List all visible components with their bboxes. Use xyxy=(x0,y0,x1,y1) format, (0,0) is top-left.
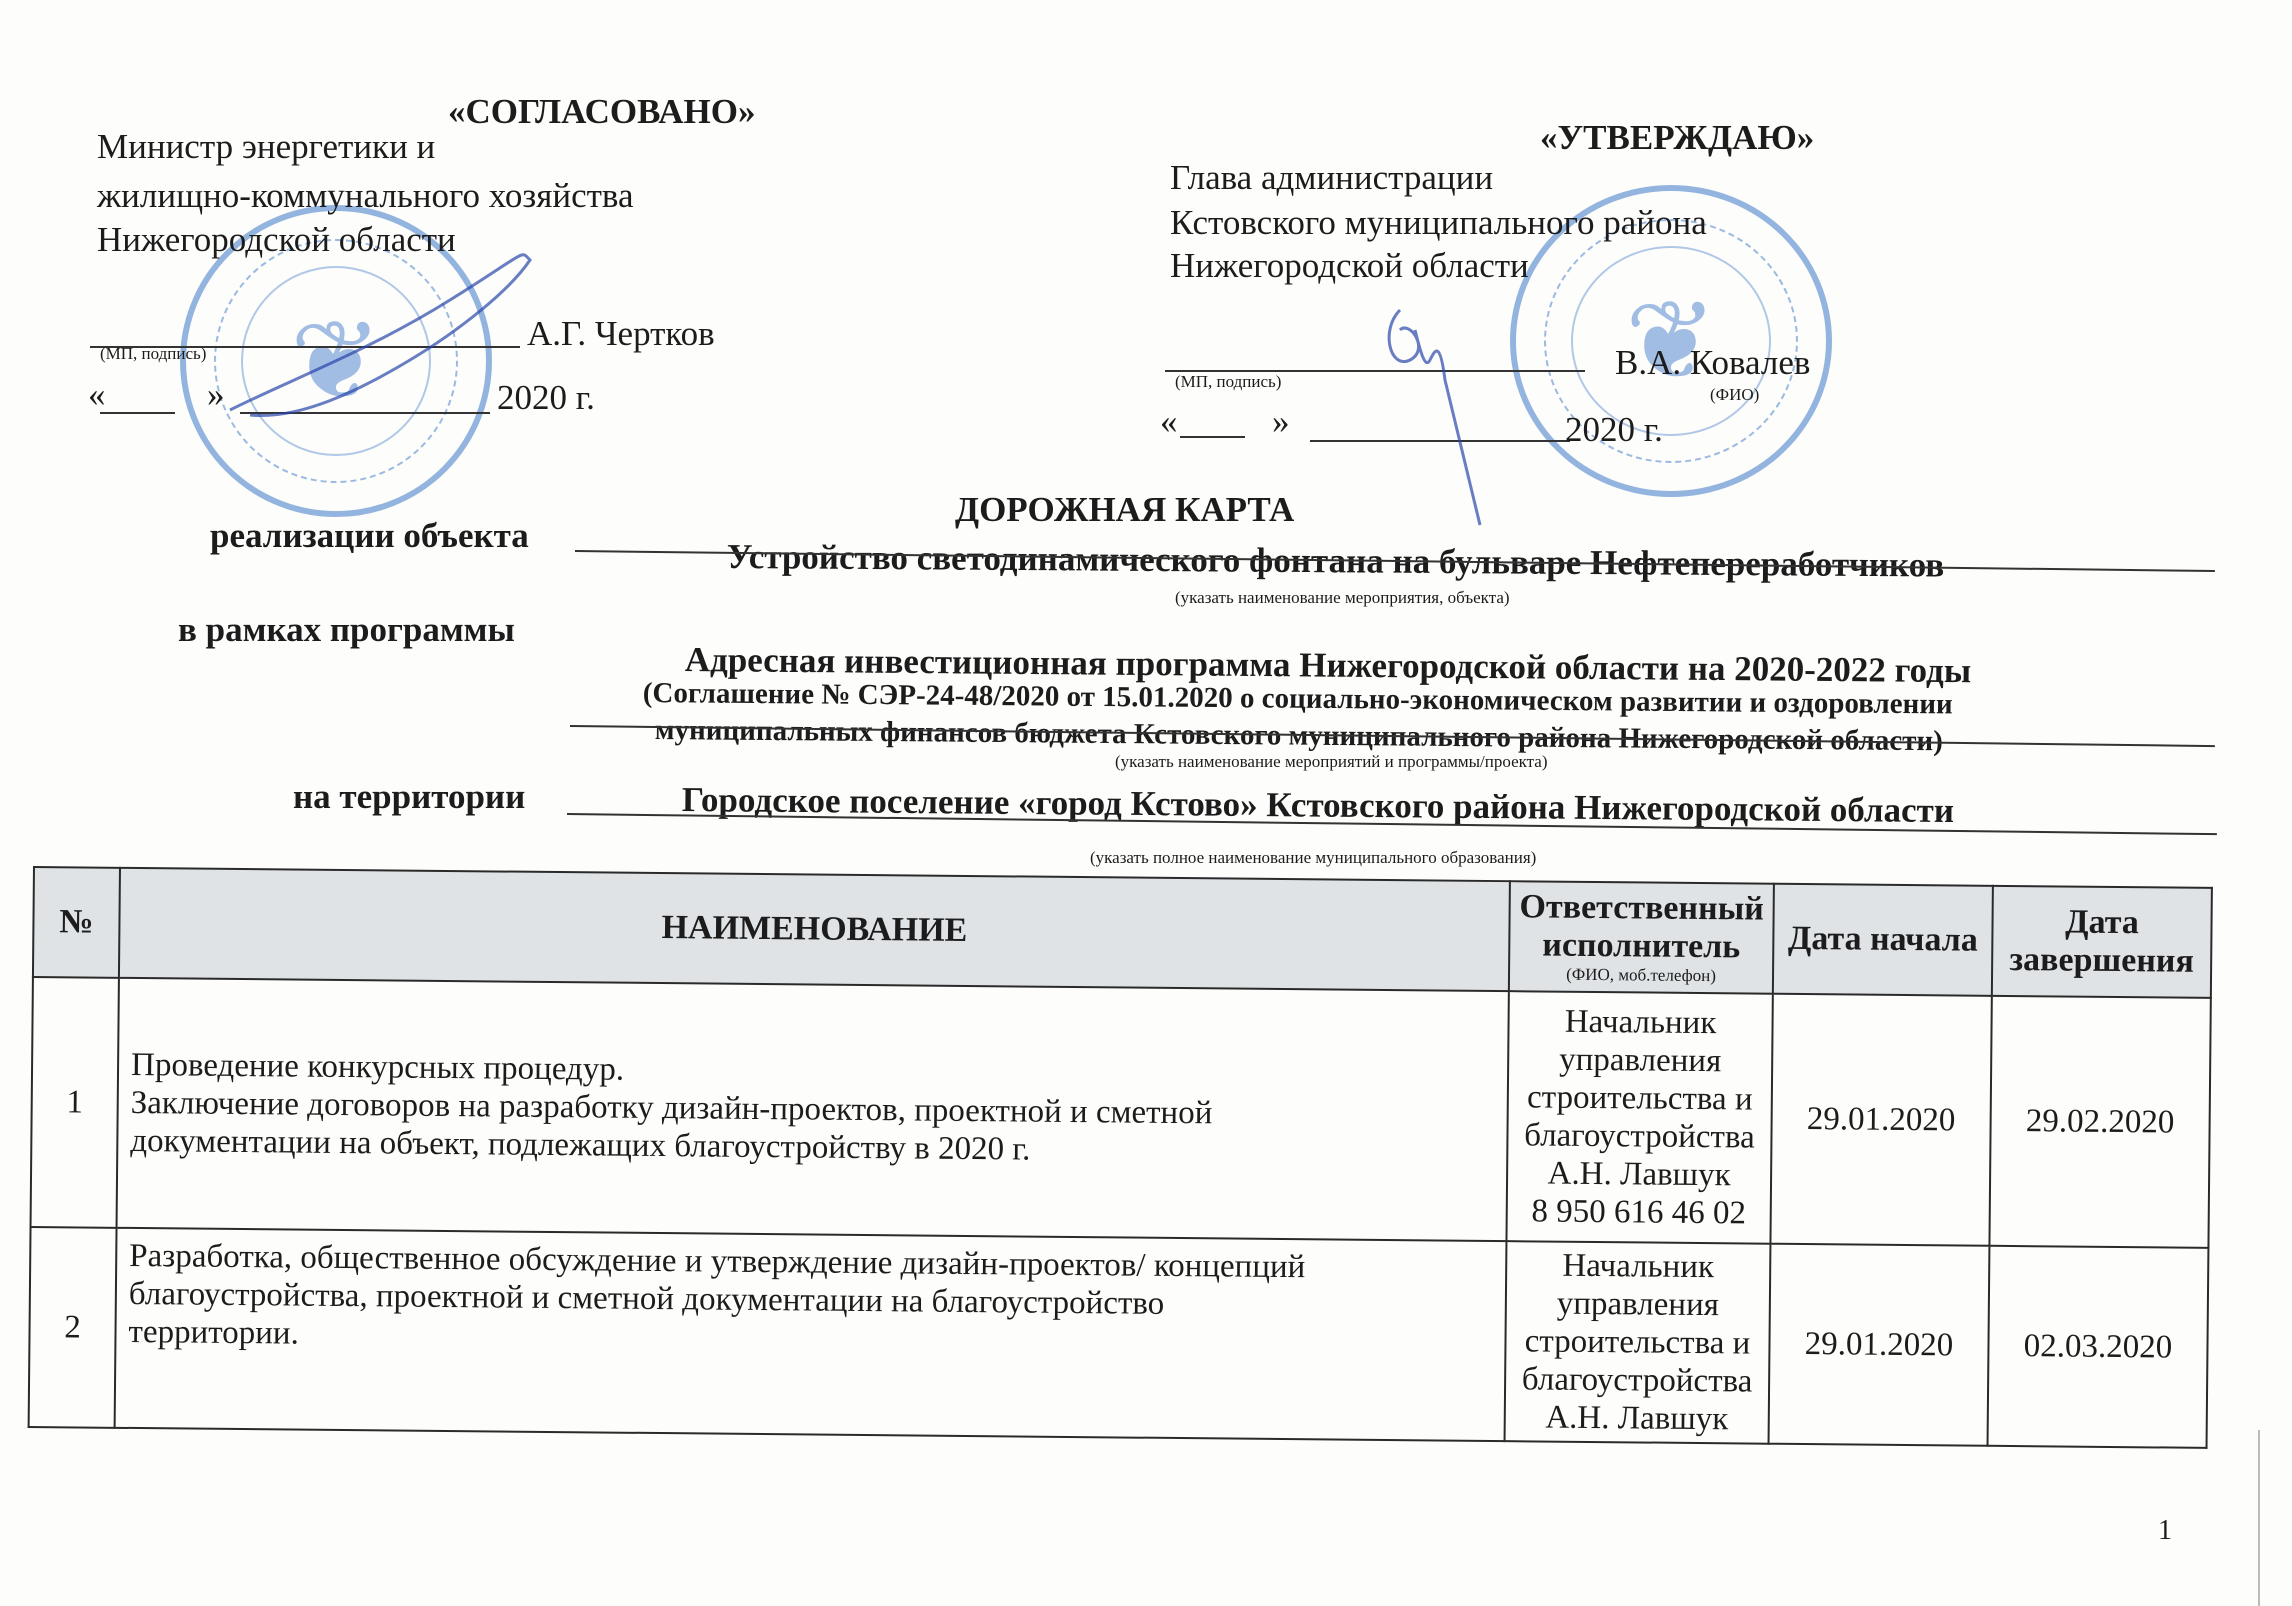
coat-of-arms-icon: ❦ xyxy=(1625,277,1717,406)
header-num: № xyxy=(33,867,120,978)
row-executor-phone: 8 950 616 46 02 xyxy=(1509,1192,1769,1232)
table-row: 1 Проведение конкурсных процедур. Заключ… xyxy=(31,977,2211,1248)
header-name: НАИМЕНОВАНИЕ xyxy=(119,868,1510,991)
row-num: 1 xyxy=(31,977,119,1228)
row-executor-line: благоустройства xyxy=(1509,1116,1769,1156)
row-name: Проведение конкурсных процедур. Заключен… xyxy=(117,978,1509,1241)
roadmap-table-container: № НАИМЕНОВАНИЕ Ответственный исполнитель… xyxy=(28,866,2213,1449)
row-executor-line: строительства и xyxy=(1510,1078,1770,1118)
row-end-date: 02.03.2020 xyxy=(1988,1246,2209,1448)
date-quote-open: « xyxy=(88,375,106,415)
row-executor-line: благоустройства xyxy=(1507,1360,1767,1400)
row-executor-line: Начальник xyxy=(1510,1002,1770,1042)
approval-left-heading: «СОГЛАСОВАНО» xyxy=(448,92,755,132)
fio-caption: (ФИО) xyxy=(1710,385,1759,405)
row-executor-line: управления xyxy=(1510,1040,1770,1080)
date-day-line xyxy=(1180,436,1245,438)
row-executor: Начальник управления строительства и бла… xyxy=(1505,1241,1771,1444)
handwritten-signature-left xyxy=(210,240,550,440)
signature-caption: (МП, подпись) xyxy=(100,344,206,364)
row-end-date: 29.02.2020 xyxy=(1989,996,2210,1248)
row-executor-line: управления xyxy=(1508,1284,1768,1324)
row-executor-line: А.Н. Лавшук xyxy=(1509,1154,1769,1194)
handwritten-signature-right xyxy=(1370,270,1490,530)
header-executor-sub: (ФИО, моб.телефон) xyxy=(1511,964,1771,986)
table-row: 2 Разработка, общественное обсуждение и … xyxy=(29,1227,2209,1448)
header-start: Дата начала xyxy=(1773,884,1993,996)
object-hint: (указать наименование мероприятия, объек… xyxy=(1175,588,1510,608)
table-header-row: № НАИМЕНОВАНИЕ Ответственный исполнитель… xyxy=(33,867,2212,998)
approval-right-year: 2020 г. xyxy=(1565,410,1663,450)
document-title: ДОРОЖНАЯ КАРТА xyxy=(955,490,1294,530)
header-executor-label: Ответственный исполнитель xyxy=(1519,888,1764,965)
approval-right-position-line-2: Кстовского муниципального района xyxy=(1170,203,1707,243)
object-label: реализации объекта xyxy=(210,516,529,556)
row-num: 2 xyxy=(29,1227,117,1428)
row-executor-line: строительства и xyxy=(1507,1322,1767,1362)
approval-left-signer: А.Г. Чертков xyxy=(527,314,715,354)
program-label: в рамках программы xyxy=(178,610,515,650)
date-quote-open: « xyxy=(1160,402,1178,442)
page-edge-line xyxy=(2258,1430,2260,1606)
row-executor-line: Начальник xyxy=(1508,1246,1768,1286)
row-name: Разработка, общественное обсуждение и ут… xyxy=(115,1228,1507,1441)
approval-right-signer: В.А. Ковалев xyxy=(1615,343,1810,383)
header-executor: Ответственный исполнитель (ФИО, моб.теле… xyxy=(1509,881,1774,994)
row-executor: Начальник управления строительства и бла… xyxy=(1506,991,1772,1244)
row-start-date: 29.01.2020 xyxy=(1769,1244,1990,1446)
row-start-date: 29.01.2020 xyxy=(1770,994,1991,1246)
approval-left-position-line-2: жилищно-коммунального хозяйства xyxy=(97,176,634,216)
approval-right-position-line-1: Глава администрации xyxy=(1170,158,1493,198)
territory-label: на территории xyxy=(293,777,525,817)
row-executor-line: А.Н. Лавшук xyxy=(1507,1398,1767,1438)
date-day-line xyxy=(100,412,175,414)
approval-right-heading: «УТВЕРЖДАЮ» xyxy=(1540,118,1814,158)
date-quote-close: » xyxy=(1272,402,1290,442)
territory-hint: (указать полное наименование муниципальн… xyxy=(1090,848,1536,868)
header-end: Дата завершения xyxy=(1992,886,2212,998)
page-number: 1 xyxy=(2158,1515,2172,1547)
roadmap-table: № НАИМЕНОВАНИЕ Ответственный исполнитель… xyxy=(28,866,2213,1449)
signature-caption: (МП, подпись) xyxy=(1175,372,1281,392)
program-hint: (указать наименование мероприятий и прог… xyxy=(1115,752,1548,772)
approval-left-position-line-1: Министр энергетики и xyxy=(97,127,435,167)
